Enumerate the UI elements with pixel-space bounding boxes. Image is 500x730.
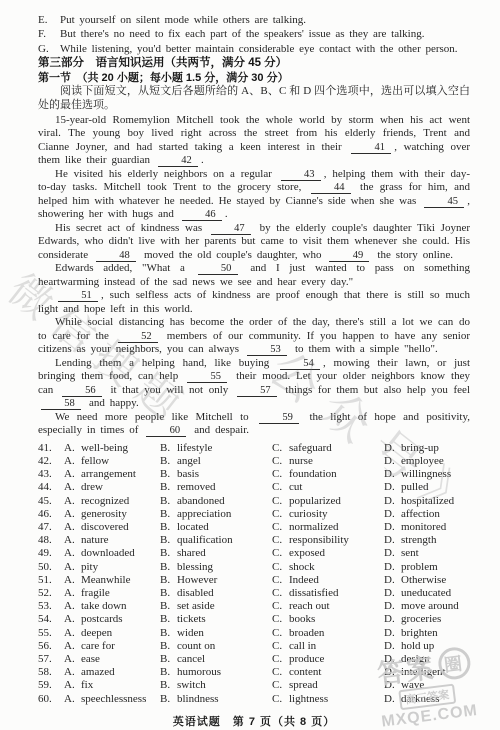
listening-option-label: E. [38,13,60,27]
option-A: A.recognized [64,495,160,508]
option-letter: A. [64,574,81,587]
option-letter: D. [384,468,401,481]
option-D: D.groceries [384,613,470,626]
option-text: wave [401,679,424,691]
question-row: 54.A.postcardsB.ticketsC.booksD.grocerie… [38,613,470,626]
option-D: D.Otherwise [384,574,470,587]
question-number: 60. [38,693,64,706]
option-text: basis [177,468,199,480]
question-row: 58.A.amazedB.humorousC.contentD.intellig… [38,666,470,679]
option-B: B.lifestyle [160,442,272,455]
question-number: 45. [38,495,64,508]
option-letter: B. [160,574,177,587]
option-text: exposed [289,547,325,559]
question-row: 55.A.deepenB.widenC.broadenD.brighten [38,627,470,640]
option-letter: A. [64,455,81,468]
option-B: B.count on [160,640,272,653]
cloze-passage: 15-year-old Romemylion Mitchell took the… [38,114,470,438]
option-A: A.pity [64,561,160,574]
option-text: tickets [177,613,206,625]
question-row: 53.A.take downB.set asideC.reach outD.mo… [38,600,470,613]
option-A: A.ease [64,653,160,666]
listening-option-text: While listening, you'd better maintain c… [60,42,470,56]
listening-option: G.While listening, you'd better maintain… [38,42,470,56]
option-text: strength [401,534,436,546]
option-C: C.dissatisfied [272,587,384,600]
option-A: A.fix [64,679,160,692]
option-D: D.intelligent [384,666,470,679]
option-letter: B. [160,508,177,521]
option-letter: C. [272,653,289,666]
page-footer: 英语试题 第 7 页（共 8 页） [38,713,470,729]
option-D: D.problem [384,561,470,574]
option-letter: B. [160,561,177,574]
blank-56: 56 [62,386,102,397]
option-A: A.discovered [64,521,160,534]
option-D: D.darkness [384,693,470,706]
option-text: ease [81,653,100,665]
option-C: C.popularized [272,495,384,508]
option-letter: D. [384,587,401,600]
option-text: shared [177,547,206,559]
option-text: located [177,521,209,533]
passage-paragraph: Edwards added, "What a 50 and I just wan… [38,262,470,289]
option-letter: D. [384,455,401,468]
option-B: B.switch [160,679,272,692]
option-text: curiosity [289,508,328,520]
listening-option-label: F. [38,27,60,41]
option-text: content [289,666,321,678]
listening-option-text: But there's no need to fix each part of … [60,27,470,41]
option-A: A.well-being [64,442,160,455]
option-text: discovered [81,521,129,533]
option-letter: C. [272,693,289,706]
question-row: 49.A.downloadedB.sharedC.exposedD.sent [38,547,470,560]
option-text: darkness [401,693,440,705]
passage-paragraph: 15-year-old Romemylion Mitchell took the… [38,114,470,168]
option-letter: C. [272,534,289,547]
option-letter: C. [272,666,289,679]
question-row: 60.A.speechlessnessB.blindnessC.lightnes… [38,693,470,706]
option-D: D.hospitalized [384,495,470,508]
question-row: 56.A.care forB.count onC.call inD.hold u… [38,640,470,653]
question-number: 52. [38,587,64,600]
option-letter: D. [384,640,401,653]
option-text: employee [401,455,444,467]
option-text: bring-up [401,442,439,454]
option-B: B.basis [160,468,272,481]
option-text: drew [81,481,103,493]
blank-45: 45 [424,197,464,208]
listening-option: E.Put yourself on silent mode while othe… [38,13,470,27]
option-C: C.lightness [272,693,384,706]
option-D: D.sent [384,547,470,560]
option-B: B.shared [160,547,272,560]
question-row: 45.A.recognizedB.abandonedC.popularizedD… [38,495,470,508]
option-D: D.strength [384,534,470,547]
option-A: A.care for [64,640,160,653]
option-D: D.move around [384,600,470,613]
option-C: C.curiosity [272,508,384,521]
option-letter: B. [160,693,177,706]
option-B: B.angel [160,455,272,468]
option-letter: C. [272,613,289,626]
option-text: arrangement [81,468,136,480]
option-letter: B. [160,442,177,455]
option-text: design [401,653,430,665]
question-number: 57. [38,653,64,666]
option-D: D.uneducated [384,587,470,600]
option-letter: C. [272,587,289,600]
option-letter: D. [384,600,401,613]
part3-heading: 第三部分 语言知识运用（共两节，满分 45 分） [38,56,470,71]
option-letter: B. [160,547,177,560]
option-letter: B. [160,627,177,640]
option-text: removed [177,481,215,493]
option-text: foundation [289,468,337,480]
listening-option: F.But there's no need to fix each part o… [38,27,470,41]
option-letter: D. [384,495,401,508]
option-letter: B. [160,468,177,481]
option-A: A.arrangement [64,468,160,481]
option-D: D.wave [384,679,470,692]
option-letter: D. [384,561,401,574]
option-B: B.widen [160,627,272,640]
option-B: B.located [160,521,272,534]
option-letter: B. [160,455,177,468]
option-letter: D. [384,627,401,640]
option-B: B.abandoned [160,495,272,508]
option-text: disabled [177,587,214,599]
option-A: A.downloaded [64,547,160,560]
blank-47: 47 [211,224,251,235]
option-letter: A. [64,442,81,455]
option-text: affection [401,508,440,520]
question-number: 49. [38,547,64,560]
option-C: C.nurse [272,455,384,468]
option-A: A.deepen [64,627,160,640]
option-letter: A. [64,627,81,640]
listening-options: E.Put yourself on silent mode while othe… [38,13,470,56]
option-letter: B. [160,679,177,692]
option-letter: A. [64,495,81,508]
listening-option-label: G. [38,42,60,56]
question-number: 54. [38,613,64,626]
option-text: produce [289,653,324,665]
question-number: 59. [38,679,64,692]
option-A: A.drew [64,481,160,494]
option-B: B.tickets [160,613,272,626]
blank-44: 44 [311,183,351,194]
question-row: 52.A.fragileB.disabledC.dissatisfiedD.un… [38,587,470,600]
option-text: abandoned [177,495,225,507]
option-text: amazed [81,666,115,678]
blank-54: 54 [280,359,320,370]
option-text: humorous [177,666,221,678]
option-text: Meanwhile [81,574,130,586]
option-letter: A. [64,547,81,560]
option-text: willingness [401,468,451,480]
option-letter: A. [64,653,81,666]
option-text: popularized [289,495,341,507]
question-number: 41. [38,442,64,455]
option-C: C.call in [272,640,384,653]
option-text: pulled [401,481,429,493]
option-letter: A. [64,666,81,679]
option-text: reach out [289,600,330,612]
option-text: fix [81,679,93,691]
option-B: B.disabled [160,587,272,600]
option-letter: C. [272,561,289,574]
option-letter: B. [160,640,177,653]
question-row: 48.A.natureB.qualificationC.responsibili… [38,534,470,547]
option-C: C.content [272,666,384,679]
option-text: safeguard [289,442,332,454]
option-text: speechlessness [81,693,146,705]
option-text: qualification [177,534,233,546]
blank-41: 41 [351,143,391,154]
option-C: C.exposed [272,547,384,560]
question-number: 48. [38,534,64,547]
blank-51: 51 [58,291,98,302]
option-letter: A. [64,468,81,481]
option-text: blindness [177,693,219,705]
blank-59: 59 [259,413,299,424]
question-row: 46.A.generosityB.appreciationC.curiosity… [38,508,470,521]
option-A: A.amazed [64,666,160,679]
question-number: 44. [38,481,64,494]
option-text: uneducated [401,587,451,599]
option-A: A.fragile [64,587,160,600]
option-text: nurse [289,455,313,467]
option-letter: C. [272,627,289,640]
option-C: C.books [272,613,384,626]
option-text: recognized [81,495,129,507]
option-text: books [289,613,315,625]
option-B: B.However [160,574,272,587]
option-text: normalized [289,521,338,533]
option-C: C.normalized [272,521,384,534]
option-letter: A. [64,600,81,613]
option-letter: C. [272,468,289,481]
blank-53: 53 [247,345,287,356]
option-letter: A. [64,693,81,706]
option-D: D.monitored [384,521,470,534]
question-row: 50.A.pityB.blessingC.shockD.problem [38,561,470,574]
option-text: Indeed [289,574,319,586]
option-A: A.postcards [64,613,160,626]
option-letter: A. [64,508,81,521]
question-number: 43. [38,468,64,481]
option-B: B.removed [160,481,272,494]
question-row: 41.A.well-beingB.lifestyleC.safeguardD.b… [38,442,470,455]
option-C: C.safeguard [272,442,384,455]
option-letter: A. [64,561,81,574]
option-letter: A. [64,481,81,494]
option-letter: D. [384,666,401,679]
option-letter: D. [384,508,401,521]
blank-46: 46 [182,210,222,221]
question-number: 56. [38,640,64,653]
option-D: D.employee [384,455,470,468]
option-text: However [177,574,217,586]
blank-60: 60 [146,426,186,437]
option-text: intelligent [401,666,446,678]
option-A: A.nature [64,534,160,547]
blank-49: 49 [329,251,369,262]
option-text: pity [81,561,98,573]
option-C: C.shock [272,561,384,574]
option-text: Otherwise [401,574,446,586]
option-letter: B. [160,600,177,613]
option-text: lifestyle [177,442,212,454]
option-A: A.Meanwhile [64,574,160,587]
option-D: D.hold up [384,640,470,653]
option-C: C.reach out [272,600,384,613]
question-number: 42. [38,455,64,468]
option-letter: D. [384,653,401,666]
option-text: dissatisfied [289,587,339,599]
option-letter: A. [64,587,81,600]
option-text: hold up [401,640,434,652]
option-C: C.responsibility [272,534,384,547]
option-text: sent [401,547,419,559]
option-letter: C. [272,495,289,508]
option-text: widen [177,627,204,639]
passage-paragraph: While social distancing has become the o… [38,316,470,357]
blank-58: 58 [41,399,81,410]
option-A: A.speechlessness [64,693,160,706]
option-letter: A. [64,534,81,547]
option-text: groceries [401,613,441,625]
option-letter: D. [384,574,401,587]
option-letter: B. [160,587,177,600]
option-letter: D. [384,442,401,455]
passage-paragraph: Lending them a helping hand, like buying… [38,357,470,411]
question-list: 41.A.well-beingB.lifestyleC.safeguardD.b… [38,442,470,706]
option-letter: B. [160,534,177,547]
blank-48: 48 [96,251,136,262]
option-B: B.cancel [160,653,272,666]
option-letter: D. [384,481,401,494]
cloze-instructions: 阅读下面短文，从短文后各题所给的 A、B、C 和 D 四个选项中，选出可以填入空… [38,85,470,113]
option-text: appreciation [177,508,231,520]
option-text: brighten [401,627,438,639]
option-text: count on [177,640,215,652]
option-letter: D. [384,693,401,706]
question-number: 51. [38,574,64,587]
question-row: 47.A.discoveredB.locatedC.normalizedD.mo… [38,521,470,534]
option-B: B.blindness [160,693,272,706]
question-number: 53. [38,600,64,613]
option-letter: A. [64,640,81,653]
option-letter: A. [64,679,81,692]
option-text: deepen [81,627,112,639]
option-D: D.bring-up [384,442,470,455]
option-A: A.generosity [64,508,160,521]
option-text: downloaded [81,547,135,559]
option-text: responsibility [289,534,349,546]
option-text: problem [401,561,438,573]
option-D: D.pulled [384,481,470,494]
option-text: generosity [81,508,127,520]
option-letter: A. [64,613,81,626]
blank-43: 43 [281,170,321,181]
option-letter: D. [384,679,401,692]
option-letter: C. [272,574,289,587]
option-text: fellow [81,455,109,467]
question-number: 55. [38,627,64,640]
option-letter: C. [272,442,289,455]
option-letter: D. [384,613,401,626]
option-letter: C. [272,600,289,613]
option-C: C.Indeed [272,574,384,587]
option-letter: B. [160,653,177,666]
option-B: B.set aside [160,600,272,613]
option-text: switch [177,679,206,691]
option-B: B.appreciation [160,508,272,521]
option-text: hospitalized [401,495,454,507]
section1-heading: 第一节 （共 20 小题；每小题 1.5 分，满分 30 分） [38,71,470,85]
question-row: 43.A.arrangementB.basisC.foundationD.wil… [38,468,470,481]
question-number: 58. [38,666,64,679]
option-text: take down [81,600,127,612]
option-text: spread [289,679,318,691]
option-letter: C. [272,508,289,521]
passage-paragraph: 51, such selfless acts of kindness are p… [38,289,470,316]
option-text: move around [401,600,459,612]
question-number: 47. [38,521,64,534]
option-text: shock [289,561,315,573]
option-A: A.fellow [64,455,160,468]
option-letter: C. [272,481,289,494]
option-text: blessing [177,561,213,573]
option-letter: C. [272,679,289,692]
option-letter: C. [272,521,289,534]
option-C: C.broaden [272,627,384,640]
option-C: C.foundation [272,468,384,481]
option-text: monitored [401,521,446,533]
option-text: lightness [289,693,328,705]
blank-42: 42 [158,156,198,167]
option-text: set aside [177,600,215,612]
passage-paragraph: We need more people like Mitchell to 59 … [38,411,470,438]
option-letter: B. [160,495,177,508]
listening-option-text: Put yourself on silent mode while others… [60,13,470,27]
question-row: 44.A.drewB.removedC.cutD.pulled [38,481,470,494]
blank-52: 52 [118,332,158,343]
option-letter: B. [160,666,177,679]
question-number: 50. [38,561,64,574]
question-row: 42.A.fellowB.angelC.nurseD.employee [38,455,470,468]
blank-57: 57 [237,386,277,397]
option-text: call in [289,640,316,652]
option-text: nature [81,534,108,546]
blank-55: 55 [187,372,227,383]
option-C: C.spread [272,679,384,692]
option-letter: A. [64,521,81,534]
option-text: postcards [81,613,123,625]
question-row: 57.A.easeB.cancelC.produceD.design [38,653,470,666]
option-text: care for [81,640,115,652]
option-D: D.affection [384,508,470,521]
option-B: B.humorous [160,666,272,679]
option-text: cut [289,481,302,493]
option-D: D.brighten [384,627,470,640]
option-letter: B. [160,481,177,494]
option-letter: D. [384,547,401,560]
question-number: 46. [38,508,64,521]
